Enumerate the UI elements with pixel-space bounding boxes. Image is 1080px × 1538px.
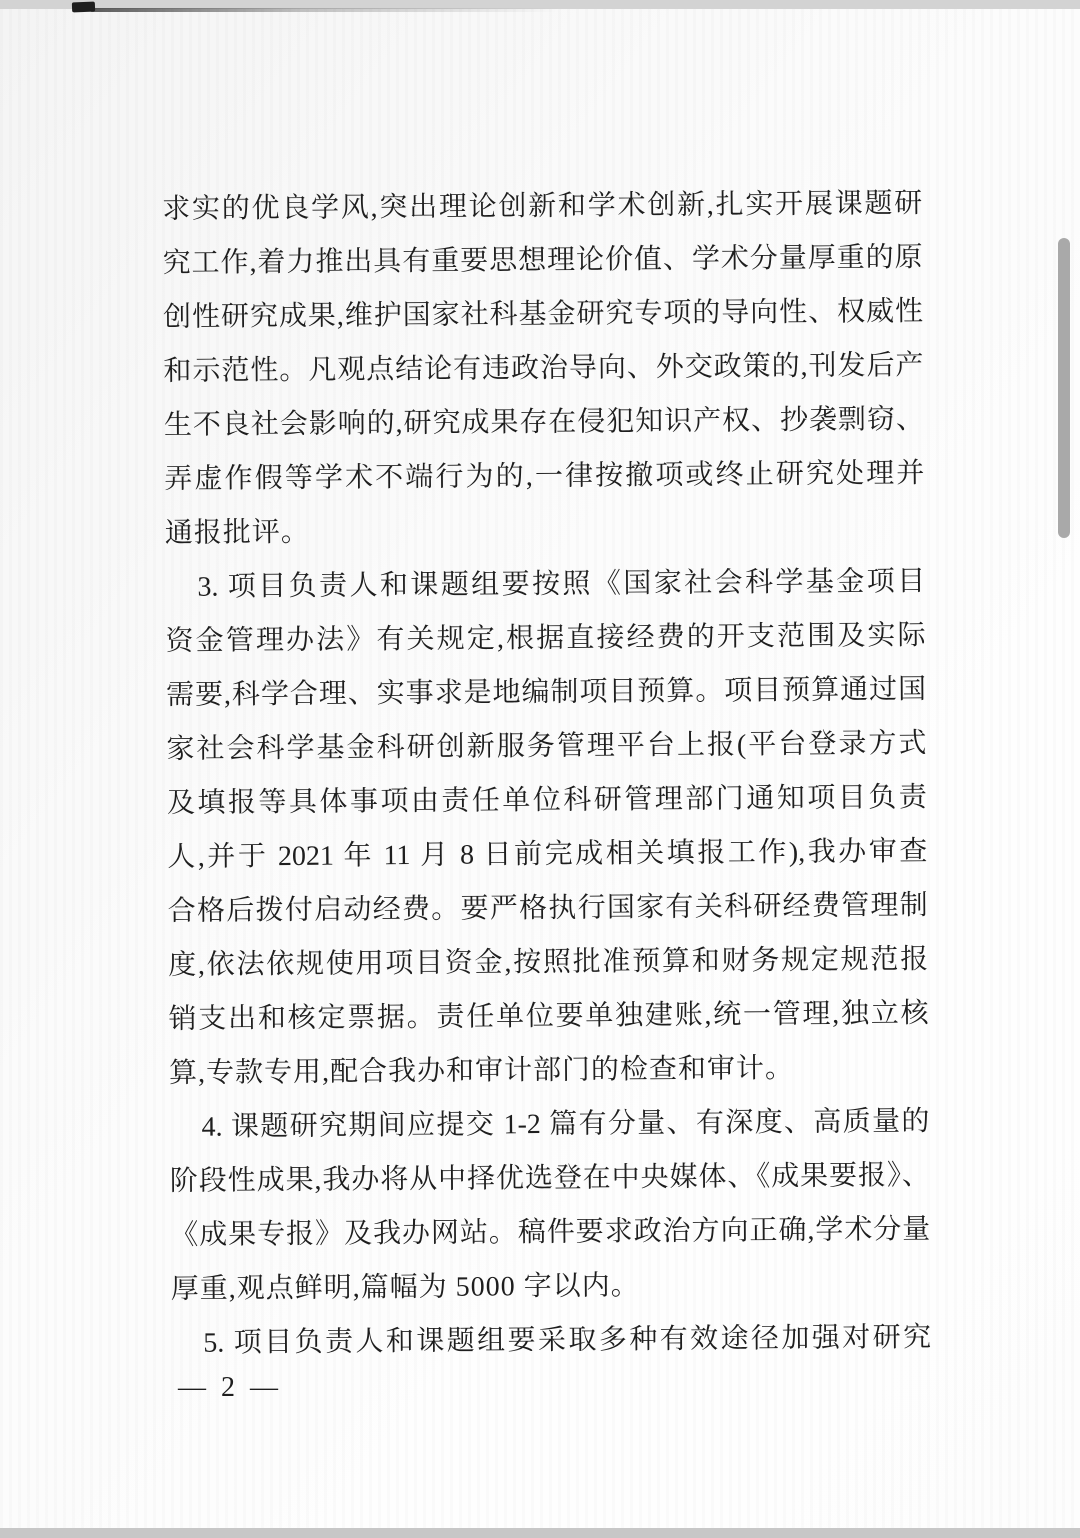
text-line: 和示范性。凡观点结论有违政治导向、外交政策的,刊发后产: [163, 339, 923, 399]
scrollbar-thumb[interactable]: [1058, 238, 1070, 538]
text-line: 阶段性成果,我办将从中择优选登在中央媒体、《成果要报》、: [170, 1149, 930, 1209]
text-line: 生不良社会影响的,研究成果存在侵犯知识产权、抄袭剽窃、: [164, 393, 924, 453]
document-text-block: 求实的优良学风,突出理论创新和学术创新,扎实开展课题研究工作,着力推出具有重要思…: [162, 177, 931, 1371]
text-line: 究工作,着力推出具有重要思想理论价值、学术分量厚重的原: [162, 231, 922, 291]
text-line: 家社会科学基金科研创新服务管理平台上报(平台登录方式: [166, 717, 926, 777]
text-line: 需要,科学合理、实事求是地编制项目预算。项目预算通过国: [166, 663, 926, 723]
text-line: 度,依法依规使用项目资金,按照批准预算和财务规定规范报: [168, 933, 928, 993]
text-line: 弄虚作假等学术不端行为的,一律按撤项或终止研究处理并: [164, 447, 924, 507]
text-line: 求实的优良学风,突出理论创新和学术创新,扎实开展课题研: [162, 177, 922, 237]
text-line: 通报批评。: [165, 501, 925, 561]
photo-bottom-strip: [0, 1528, 1080, 1538]
text-line: 3. 项目负责人和课题组要按照《国家社会科学基金项目: [165, 555, 925, 615]
text-line: 算,专款专用,配合我办和审计部门的检查和审计。: [169, 1041, 929, 1101]
text-line: 创性研究成果,维护国家社科基金研究专项的导向性、权威性: [163, 285, 923, 345]
text-line: 合格后拨付启动经费。要严格执行国家有关科研经费管理制: [168, 879, 928, 939]
page-number: — 2 —: [178, 1372, 282, 1404]
corner-ink-smudge: [72, 2, 95, 13]
scanned-document-page: 求实的优良学风,突出理论创新和学术创新,扎实开展课题研究工作,着力推出具有重要思…: [0, 0, 1080, 1538]
text-line: 资金管理办法》有关规定,根据直接经费的开支范围及实际: [165, 609, 925, 669]
text-line: 厚重,观点鲜明,篇幅为 5000 字以内。: [170, 1257, 930, 1317]
text-line: 及填报等具体事项由责任单位科研管理部门通知项目负责: [167, 771, 927, 831]
text-line: 《成果专报》及我办网站。稿件要求政治方向正确,学术分量: [170, 1203, 930, 1263]
text-line: 5. 项目负责人和课题组要采取多种有效途径加强对研究: [171, 1311, 931, 1371]
text-line: 4. 课题研究期间应提交 1-2 篇有分量、有深度、高质量的: [169, 1095, 929, 1155]
page-edge-shadow: [90, 8, 560, 12]
text-line: 人,并于 2021 年 11 月 8 日前完成相关填报工作),我办审查: [167, 825, 927, 885]
text-line: 销支出和核定票据。责任单位要单独建账,统一管理,独立核: [168, 987, 928, 1047]
